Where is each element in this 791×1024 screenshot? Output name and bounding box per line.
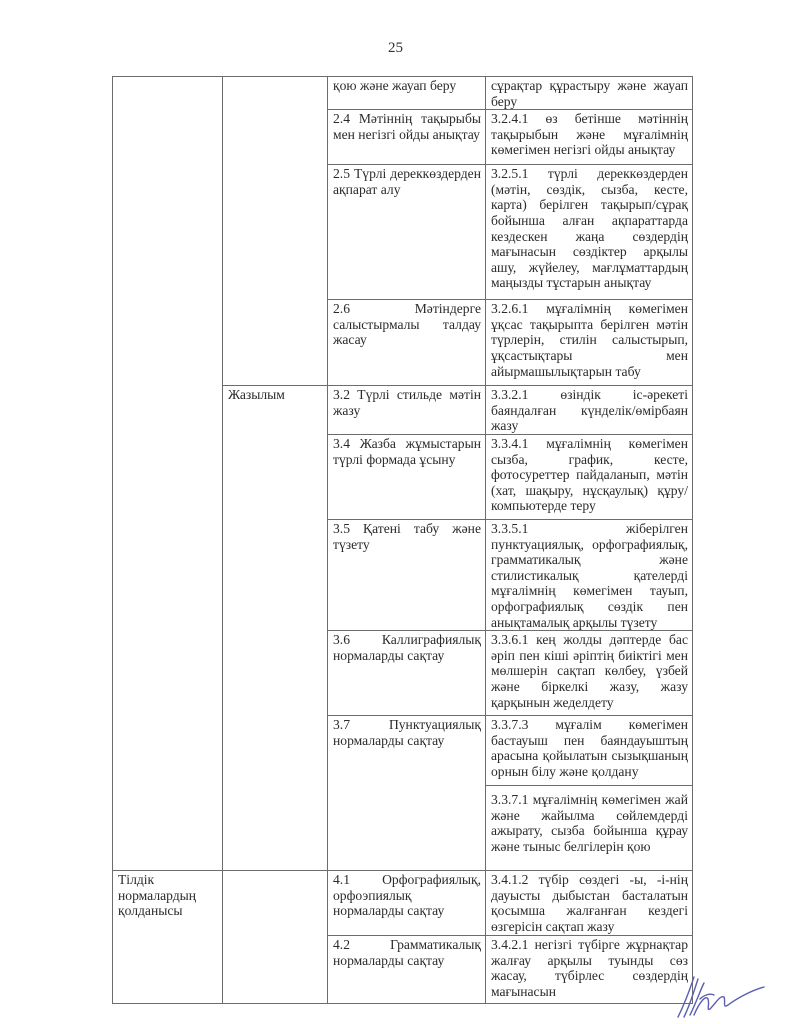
objective-cell: 3.4.1.2 түбір сөздегі -ы, -і-нің дауысты… <box>486 871 693 936</box>
curriculum-table: қою және жауап беру сұрақтар құрастыру ж… <box>112 76 693 1004</box>
strand-cell <box>223 871 328 1004</box>
objective-cell: 3.3.4.1 мұғалімнің көмегімен сызба, граф… <box>486 434 693 519</box>
subgoal-cell: 3.2 Түрлі стильде мәтін жазу <box>328 386 486 435</box>
subgoal-cell: 4.1 Орфографиялық, орфоэпиялық нормалард… <box>328 871 486 936</box>
subgoal-cell: 3.6 Каллиграфиялық нормаларды сақтау <box>328 631 486 716</box>
strand-cell-writing: Жазылым <box>223 386 328 871</box>
subgoal-cell: 4.2 Грамматикалық нормаларды сақтау <box>328 936 486 1004</box>
objective-cell: 3.3.7.3 мұғалім көмегімен бастауыш пен б… <box>486 716 693 786</box>
objective-cell: 3.2.4.1 өз бетінше мәтіннің тақырыбын жә… <box>486 110 693 165</box>
subgoal-cell: 2.4 Мәтіннің тақырыбы мен негізгі ойды а… <box>328 110 486 165</box>
objective-cell: 3.3.5.1 жіберілген пунктуациялық, орфогр… <box>486 519 693 630</box>
page-number: 25 <box>0 40 791 57</box>
objective-cell: 3.3.6.1 кең жолды дәптерде бас әріп пен … <box>486 631 693 716</box>
objective-cell: сұрақтар құрастыру және жауап беру <box>486 77 693 110</box>
objective-cell: 3.3.2.1 өзіндік іс-әрекеті баяндалған кү… <box>486 386 693 435</box>
subgoal-cell: 3.7 Пунктуациялық нормаларды сақтау <box>328 716 486 871</box>
handwritten-signature-icon <box>660 975 770 1020</box>
subgoal-cell: 2.5 Түрлі дереккөздерден ақпарат алу <box>328 165 486 300</box>
topic-cell <box>113 77 223 871</box>
table-row: қою және жауап беру сұрақтар құрастыру ж… <box>113 77 693 110</box>
subgoal-cell: 3.5 Қатені табу және түзету <box>328 519 486 630</box>
topic-cell-language-norms: Тілдік нормалардың қолданысы <box>113 871 223 1004</box>
strand-cell <box>223 77 328 386</box>
subgoal-cell: 2.6 Мәтіндерге салыстырмалы талдау жасау <box>328 300 486 386</box>
objective-cell: 3.3.7.1 мұғалімнің көмегімен жай және жа… <box>486 786 693 871</box>
objective-cell: 3.2.5.1 түрлі дереккөздерден (мәтін, сөз… <box>486 165 693 300</box>
subgoal-cell: қою және жауап беру <box>328 77 486 110</box>
table-row: Тілдік нормалардың қолданысы 4.1 Орфогра… <box>113 871 693 936</box>
subgoal-cell: 3.4 Жазба жұмыстарын түрлі формада ұсыну <box>328 434 486 519</box>
objective-cell: 3.2.6.1 мұғалімнің көмегімен ұқсас тақыр… <box>486 300 693 386</box>
